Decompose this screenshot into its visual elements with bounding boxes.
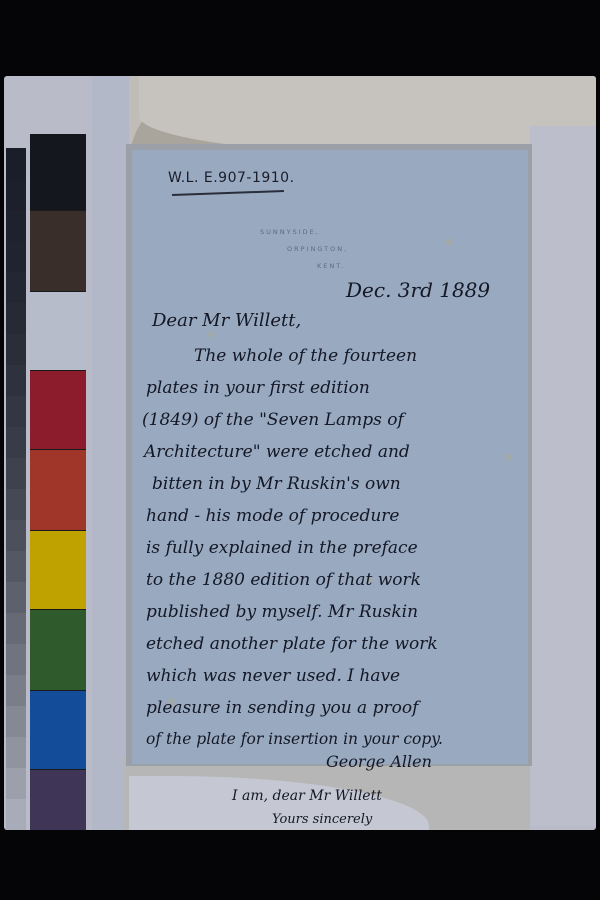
greyscale-step	[6, 210, 26, 241]
swatch-black	[30, 134, 86, 211]
greyscale-step	[6, 551, 26, 582]
swatch-purple	[30, 770, 86, 830]
swatch-blue	[30, 691, 86, 770]
greyscale-step	[6, 613, 26, 644]
letter-date: Dec. 3rd 1889	[346, 278, 490, 302]
greyscale-step	[6, 675, 26, 706]
body-line: of the plate for insertion in your copy.	[146, 730, 443, 748]
body-line: which was never used. I have	[146, 666, 400, 686]
greyscale-step	[6, 458, 26, 489]
body-line: plates in your first edition	[146, 378, 370, 398]
body-line: pleasure in sending you a proof	[146, 698, 418, 718]
greyscale-step	[6, 303, 26, 334]
closing-line: I am, dear Mr Willett	[232, 788, 382, 804]
greyscale-step	[6, 737, 26, 768]
letterhead-line: KENT.	[317, 262, 346, 270]
greyscale-step	[6, 148, 26, 179]
swatch-orange-red	[30, 450, 86, 531]
body-line: bitten in by Mr Ruskin's own	[152, 474, 401, 494]
closing-line: Yours sincerely	[272, 812, 372, 827]
color-calibration-chart	[30, 134, 86, 830]
museum-mount: W.L. E.907-1910. SUNNYSIDE, ORPINGTON, K…	[4, 76, 596, 830]
body-line: published by myself. Mr Ruskin	[146, 602, 418, 622]
swatch-red	[30, 371, 86, 450]
swatch-white	[30, 292, 86, 371]
accession-underline	[172, 190, 284, 196]
swatch-yellow	[30, 531, 86, 610]
greyscale-strip	[6, 148, 26, 830]
body-line: is fully explained in the preface	[146, 538, 418, 558]
body-line: to the 1880 edition of that work	[146, 570, 421, 590]
greyscale-step	[6, 179, 26, 210]
greyscale-step	[6, 427, 26, 458]
body-line: etched another plate for the work	[146, 634, 438, 654]
salutation: Dear Mr Willett,	[152, 310, 301, 331]
swatch-green	[30, 610, 86, 691]
greyscale-step	[6, 520, 26, 551]
greyscale-step	[6, 799, 26, 830]
greyscale-step	[6, 396, 26, 427]
accession-note: W.L. E.907-1910.	[168, 170, 295, 186]
greyscale-step	[6, 365, 26, 396]
swatch-brown	[30, 211, 86, 292]
greyscale-step	[6, 334, 26, 365]
letter-sheet: W.L. E.907-1910. SUNNYSIDE, ORPINGTON, K…	[132, 150, 528, 764]
mount-left-strip	[92, 76, 129, 830]
letterhead-line: ORPINGTON,	[287, 245, 348, 253]
body-line: The whole of the fourteen	[194, 346, 417, 366]
body-line: hand - his mode of procedure	[146, 506, 399, 526]
letterhead-line: SUNNYSIDE,	[260, 228, 320, 236]
signature: George Allen	[326, 752, 432, 771]
greyscale-step	[6, 768, 26, 799]
greyscale-step	[6, 489, 26, 520]
greyscale-step	[6, 272, 26, 303]
body-line: (1849) of the "Seven Lamps of	[142, 410, 404, 430]
greyscale-step	[6, 241, 26, 272]
greyscale-step	[6, 582, 26, 613]
body-line: Architecture" were etched and	[144, 442, 410, 462]
mount-right-strip	[530, 126, 596, 826]
greyscale-step	[6, 706, 26, 737]
greyscale-step	[6, 644, 26, 675]
